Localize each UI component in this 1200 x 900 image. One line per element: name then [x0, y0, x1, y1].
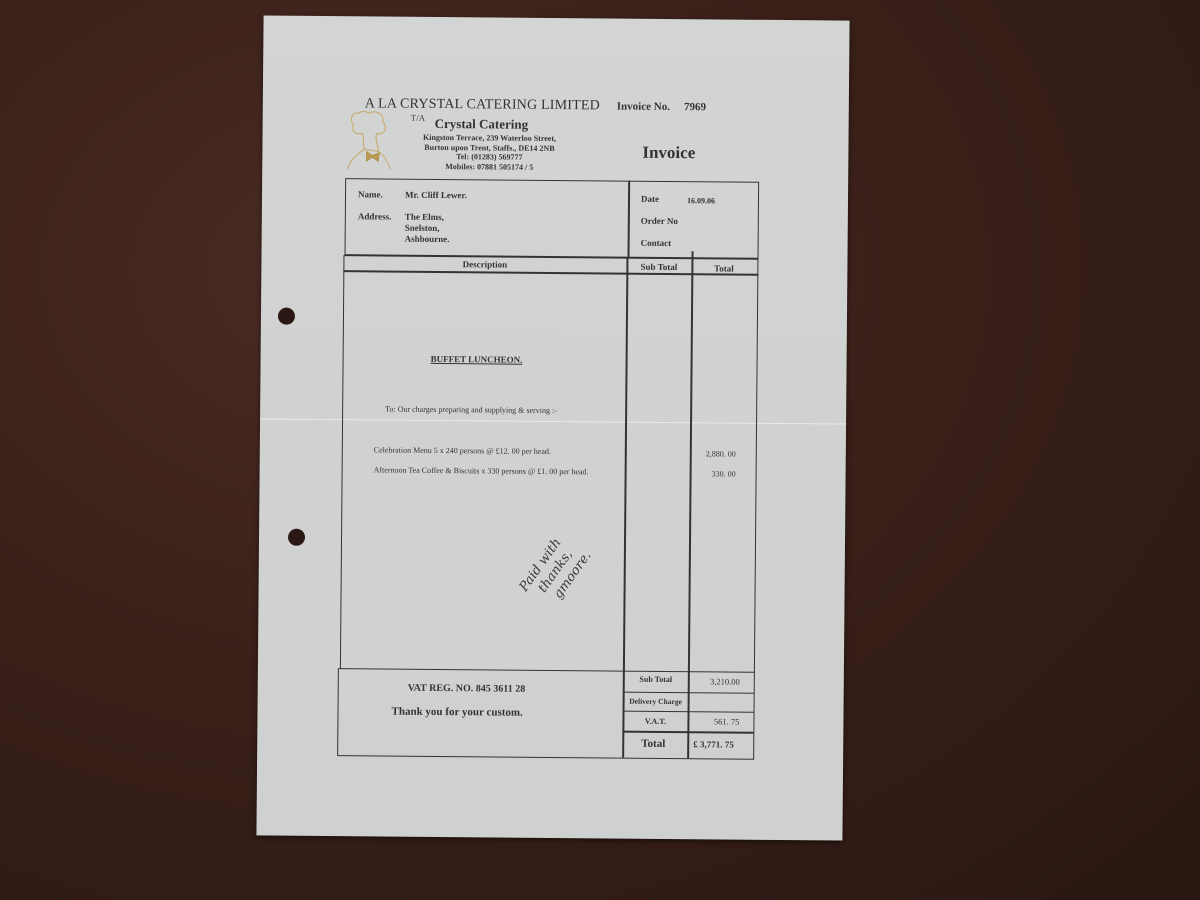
- line-item-description: Afternoon Tea Coffee & Biscuits x 330 pe…: [374, 465, 589, 476]
- customer-name: Mr. Cliff Lewer.: [405, 190, 467, 201]
- customer-address-line: Snelston,: [405, 223, 450, 234]
- subtotal-label: Sub Total: [624, 675, 688, 685]
- thank-you-message: Thank you for your custom.: [391, 706, 522, 719]
- subtotal-value: 3,210.00: [690, 676, 740, 686]
- address-label: Address.: [358, 211, 392, 221]
- column-total: Total: [691, 263, 756, 274]
- chef-icon: [344, 109, 395, 171]
- invoice-number-label: Invoice No.: [617, 101, 670, 113]
- grand-total-label: Total: [641, 738, 665, 750]
- line-item-description: Celebration Menu 5 x 240 persons @ £12. …: [374, 445, 551, 456]
- customer-address-line: Ashbourne.: [405, 234, 450, 245]
- trading-as-label: T/A: [411, 113, 426, 123]
- company-address: Kingston Terrace, 239 Waterloo Street, B…: [409, 133, 569, 172]
- contact-label: Contact: [641, 238, 672, 248]
- column-sub-total: Sub Total: [626, 262, 691, 273]
- vat-registration: VAT REG. NO. 845 3611 28: [408, 683, 526, 695]
- order-no-label: Order No: [641, 216, 678, 226]
- charges-intro: To: Our charges preparing and supplying …: [385, 405, 557, 415]
- trading-name: Crystal Catering: [435, 116, 529, 133]
- company-name: A LA CRYSTAL CATERING LIMITED: [365, 96, 600, 114]
- invoice-number-value: 7969: [684, 101, 706, 113]
- delivery-charge-label: Delivery Charge: [622, 697, 690, 707]
- vat-label: V.A.T.: [623, 717, 687, 727]
- line-item-total: 2,880. 00: [692, 449, 736, 458]
- customer-address-line: The Elms,: [405, 212, 450, 223]
- items-table: [340, 255, 759, 673]
- customer-address: The Elms, Snelston, Ashbourne.: [405, 212, 450, 245]
- date-label: Date: [641, 194, 659, 204]
- company-mobiles: Mobiles: 07881 505174 / 5: [409, 161, 569, 172]
- date-value: 16.09.06: [687, 196, 715, 205]
- invoice-number: Invoice No.7969: [617, 101, 706, 114]
- line-item-total: 330. 00: [692, 469, 736, 478]
- invoice-paper: A LA CRYSTAL CATERING LIMITED Invoice No…: [256, 15, 849, 840]
- section-heading: BUFFET LUNCHEON.: [431, 354, 523, 365]
- name-label: Name.: [358, 189, 383, 199]
- document-title: Invoice: [642, 143, 695, 163]
- grand-total-value: £ 3,771. 75: [693, 739, 734, 749]
- vat-value: 561. 75: [689, 716, 739, 726]
- punch-hole-bottom: [288, 529, 305, 546]
- punch-hole-top: [278, 308, 295, 325]
